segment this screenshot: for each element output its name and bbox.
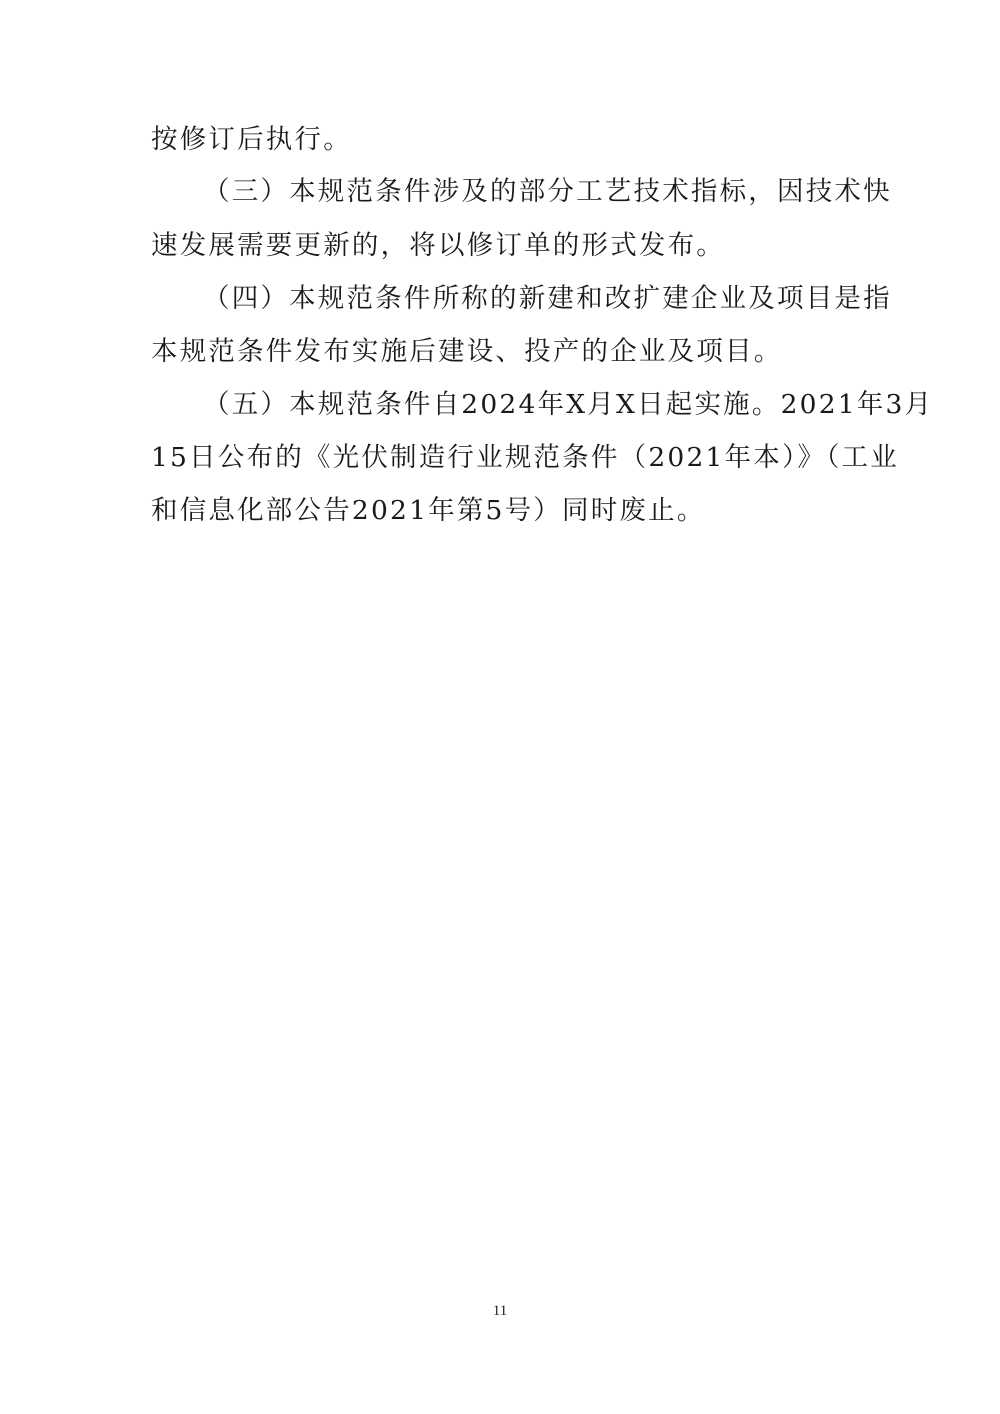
paragraph-4-line: （四）本规范条件所称的新建和改扩建企业及项目是指: [203, 284, 892, 314]
page-number: 11: [0, 1303, 1000, 1320]
paragraph-5-line: 15日公布的《光伏制造行业规范条件（2021年本）》（工业: [151, 443, 899, 473]
paragraph-4-line: 本规范条件发布实施后建设、投产的企业及项目。: [151, 337, 782, 367]
paragraph-3-line: 速发展需要更新的，将以修订单的形式发布。: [151, 231, 725, 261]
paragraph-5-line: 和信息化部公告2021年第5号）同时废止。: [151, 496, 706, 526]
paragraph-line: 按修订后执行。: [151, 125, 352, 155]
document-page: 按修订后执行。 （三）本规范条件涉及的部分工艺技术指标，因技术快 速发展需要更新…: [0, 0, 1000, 1414]
paragraph-3-line: （三）本规范条件涉及的部分工艺技术指标，因技术快: [203, 177, 892, 207]
paragraph-5-line: （五）本规范条件自2024年X月X日起实施。2021年3月: [203, 390, 933, 420]
